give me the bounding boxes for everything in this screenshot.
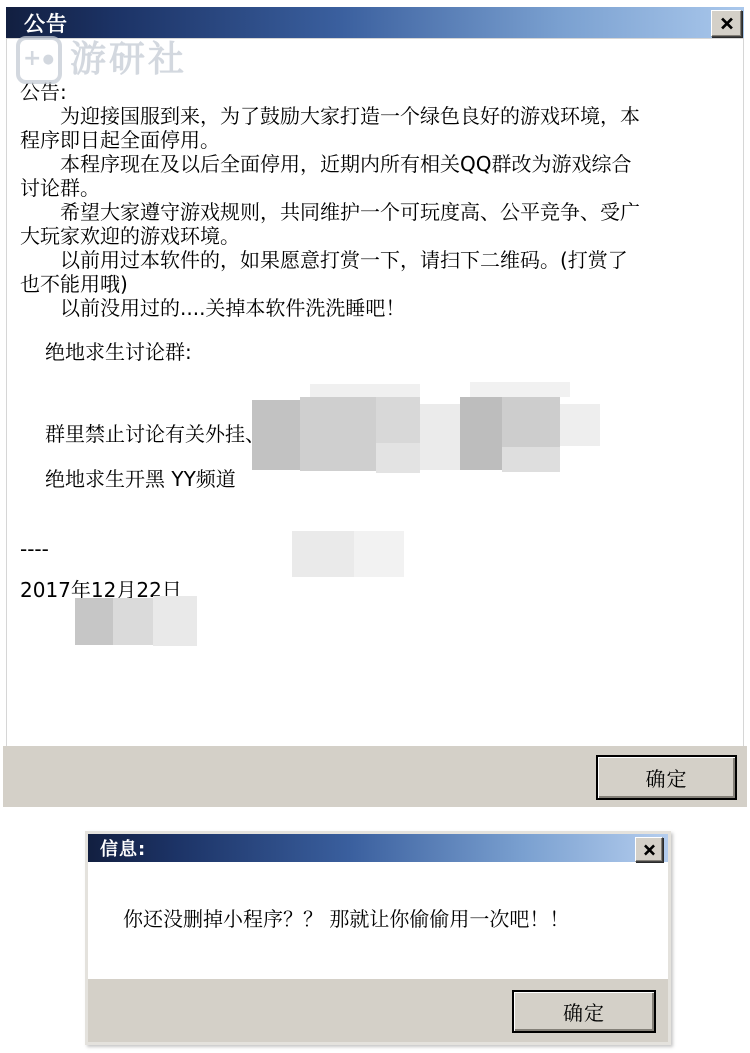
info-titlebar[interactable]: 信息: xyxy=(88,834,668,862)
info-message: 你还没删掉小程序？？ 那就让你偷偷用一次吧！！ xyxy=(123,906,648,932)
mosaic-block xyxy=(470,382,570,397)
announcement-footer: 确定 xyxy=(3,746,747,807)
mosaic-block xyxy=(354,531,404,577)
ok-button-label: 确定 xyxy=(563,997,605,1026)
announcement-heading: 公告: xyxy=(20,80,732,104)
mosaic-block xyxy=(376,443,420,473)
info-footer: 确定 xyxy=(88,979,668,1042)
mosaic-block xyxy=(310,384,420,397)
close-icon xyxy=(643,844,656,856)
mosaic-block xyxy=(502,447,560,472)
paragraph: 以前没用过的....关掉本软件洗洗睡吧！ xyxy=(20,296,642,320)
mosaic-block xyxy=(560,404,600,446)
mosaic-block xyxy=(376,397,420,443)
ok-button-label: 确定 xyxy=(646,763,688,792)
paragraph: 为迎接国服到来，为了鼓励大家打造一个绿色良好的游戏环境，本程序即日起全面停用。 xyxy=(20,104,642,152)
close-icon xyxy=(720,17,734,30)
mosaic-block xyxy=(252,400,300,470)
mosaic-block xyxy=(113,598,153,645)
mosaic-block xyxy=(292,531,354,577)
mosaic-block xyxy=(300,397,376,471)
mosaic-block xyxy=(502,397,560,447)
announcement-titlebar[interactable]: 公告 xyxy=(6,7,744,38)
paragraph: 以前用过本软件的，如果愿意打赏一下，请扫下二维码。(打赏了也不能用哦) xyxy=(20,248,642,296)
paragraph: 本程序现在及以后全面停用，近期内所有相关QQ群改为游戏综合讨论群。 xyxy=(20,152,642,200)
info-dialog: 信息: 你还没删掉小程序？？ 那就让你偷偷用一次吧！！ 确定 xyxy=(85,831,671,1045)
announcement-dialog: 公告 公告: 为迎接国服到来，为了鼓励大家打造一个绿色良好的游戏环境，本程序即日… xyxy=(0,0,750,810)
announcement-text: 公告: 为迎接国服到来，为了鼓励大家打造一个绿色良好的游戏环境，本程序即日起全面… xyxy=(20,80,732,602)
paragraph: 希望大家遵守游戏规则，共同维护一个可玩度高、公平竞争、受广大玩家欢迎的游戏环境。 xyxy=(20,200,642,248)
close-button[interactable] xyxy=(635,837,663,862)
ok-button[interactable]: 确定 xyxy=(596,755,737,800)
mosaic-block xyxy=(75,598,113,645)
announcement-title: 公告 xyxy=(6,8,68,38)
mosaic-block xyxy=(420,404,460,470)
qq-group-line: 绝地求生讨论群: xyxy=(20,340,725,364)
mosaic-block xyxy=(153,596,197,646)
ok-button[interactable]: 确定 xyxy=(512,990,656,1033)
mosaic-block xyxy=(460,397,502,470)
close-button[interactable] xyxy=(711,10,742,37)
info-title: 信息: xyxy=(88,835,146,861)
